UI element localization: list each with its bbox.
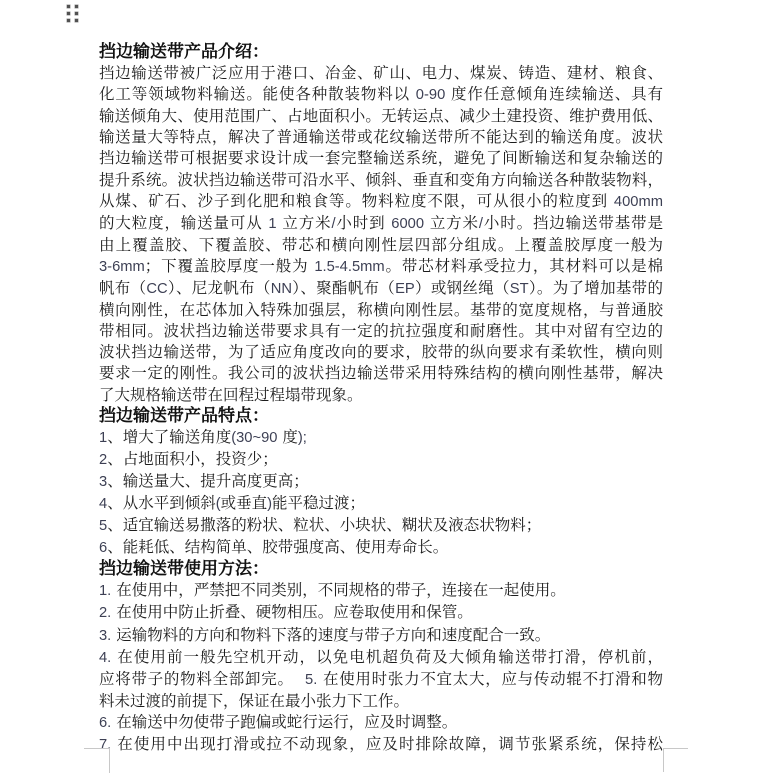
text-line: 提升系统。波状挡边输送带可沿水平、倾斜、垂直和变角方向输送各种散装物料， [99, 170, 663, 191]
cjk-text: 度 [277, 428, 297, 446]
cjk-text: 在使用前一般先空机开动，以免电机超负荷及大倾角输送带打滑，停机前， [111, 648, 663, 666]
latin-text: 0-90 [416, 87, 445, 103]
latin-text: 3-6mm [99, 259, 145, 275]
cjk-text: 小时到 [336, 214, 392, 232]
drag-handle-dot [67, 5, 70, 8]
cjk-text: 。带芯材料承受拉力，其材料可以是棉 [385, 257, 663, 275]
text-line: 波状挡边输送带，为了适应角度改向的要求，胶带的纵向要求有柔软性，横向则 [99, 342, 663, 363]
text-line: 输送量大等特点，解决了普通输送带或花纹输送带所不能达到的输送角度。波状 [99, 127, 663, 148]
document-text: 挡边输送带产品介绍：挡边输送带被广泛应用于港口、冶金、矿山、电力、煤炭、铸造、建… [99, 42, 663, 756]
cjk-text: 在输送中勿使带子跑偏或蛇行运行，应及时调整。 [111, 713, 457, 731]
latin-text: 6. [99, 715, 111, 731]
text-line: 挡边输送带可根据要求设计成一套完整输送系统，避免了间断输送和复杂输送的 [99, 148, 663, 169]
cjk-text: 在使用中出现打滑或拉不动现象，应及时排除故障，调节张紧系统，保持松 [111, 735, 663, 753]
text-line: 了大规格输送带在回程过程塌带现象。 [99, 385, 663, 406]
text-line: 3、输送量大、提升高度更高； [99, 471, 663, 493]
section-heading: 挡边输送带使用方法： [99, 559, 663, 580]
text-line: 挡边输送带被广泛应用于港口、冶金、矿山、电力、煤炭、铸造、建材、粮食、 [99, 63, 663, 84]
text-line: 4、从水平到倾斜(或垂直)能平稳过渡； [99, 493, 663, 515]
latin-text: (30~90 [231, 430, 277, 446]
page-margin-mark-left [84, 748, 110, 773]
latin-text: ST [510, 281, 529, 297]
cjk-text: 提升系统。波状挡边输送带可沿水平、倾斜、垂直和变角方向输送各种散装物料， [99, 171, 663, 189]
text-line: 带相同。波状挡边输送带要求具有一定的抗拉强度和耐磨性。其中对留有空边的 [99, 321, 663, 342]
page-margin-mark-right [663, 748, 688, 772]
cjk-text: ）、尼龙帆布（ [168, 279, 271, 297]
cjk-text: 要求一定的刚性。我公司的波状挡边输送带采用特殊结构的横向刚性基带，解决 [99, 364, 663, 382]
latin-text: 6000 [391, 216, 424, 232]
cjk-text: 波状挡边输送带，为了适应角度改向的要求，胶带的纵向要求有柔软性，横向则 [99, 343, 663, 361]
text-line: 3-6mm；下覆盖胶厚度一般为 1.5-4.5mm。带芯材料承受拉力，其材料可以… [99, 256, 663, 278]
latin-text: 1 [99, 430, 107, 446]
latin-text: 5 [99, 518, 107, 534]
cjk-text: 横向刚性，在芯体加入特殊加强层，称横向刚性层。基带的宽度规格，与普通胶 [99, 301, 663, 319]
text-line: 5、适宜输送易撒落的粉状、粒状、小块状、糊状及液态状物料； [99, 515, 663, 537]
text-line: 从煤、矿石、沙子到化肥和粮食等。物料粒度不限，可从很小的粒度到 400mm [99, 191, 663, 213]
text-line: 横向刚性，在芯体加入特殊加强层，称横向刚性层。基带的宽度规格，与普通胶 [99, 300, 663, 321]
text-line: 1. 在使用中，严禁把不同类别，不同规格的带子，连接在一起使用。 [99, 580, 663, 602]
cjk-text: ）或钢丝绳（ [415, 279, 510, 297]
cjk-text: 、能耗低、结构简单、胶带强度高、使用寿命长。 [107, 538, 448, 556]
cjk-text: 挡边输送带使用方法： [99, 559, 269, 579]
latin-text: 1.5-4.5mm [314, 259, 384, 275]
text-line: 6. 在输送中勿使带子跑偏或蛇行运行，应及时调整。 [99, 712, 663, 734]
cjk-text: 应将带子的物料全部卸完。 [99, 670, 305, 688]
cjk-text: 、占地面积小，投资少； [107, 450, 278, 468]
document-page: 挡边输送带产品介绍：挡边输送带被广泛应用于港口、冶金、矿山、电力、煤炭、铸造、建… [0, 0, 777, 778]
cjk-text: 挡边输送带产品介绍： [99, 42, 269, 62]
cjk-text: 能平稳过渡； [272, 494, 365, 512]
cjk-text: 在使用中，严禁把不同类别，不同规格的带子，连接在一起使用。 [111, 581, 565, 599]
latin-text: 3. [99, 628, 111, 644]
text-line: 要求一定的刚性。我公司的波状挡边输送带采用特殊结构的横向刚性基带，解决 [99, 363, 663, 384]
drag-handle-dot [75, 12, 78, 15]
cjk-text: ）、聚酯帆布（ [292, 279, 395, 297]
latin-text: 3 [99, 474, 107, 490]
latin-text: 400mm [614, 194, 663, 210]
latin-text: 1. [99, 583, 111, 599]
text-line: 化工等领域物料输送。能使各种散装物料以 0-90 度作任意倾角连续输送、具有 [99, 84, 663, 106]
cjk-text: 或垂直 [221, 494, 268, 512]
cjk-text: 输送量大等特点，解决了普通输送带或花纹输送带所不能达到的输送角度。波状 [99, 128, 663, 146]
latin-text: 4 [99, 496, 107, 512]
cjk-text: 带相同。波状挡边输送带要求具有一定的抗拉强度和耐磨性。其中对留有空边的 [99, 322, 663, 340]
cjk-text: 、输送量大、提升高度更高； [107, 472, 309, 490]
cjk-text: 在使用时张力不宜太大，应与传动辊不打滑和物 [317, 670, 663, 688]
cjk-text: 、适宜输送易撒落的粉状、粒状、小块状、糊状及液态状物料； [107, 516, 541, 534]
text-line: 7. 在使用中出现打滑或拉不动现象，应及时排除故障，调节张紧系统，保持松 [99, 734, 663, 756]
cjk-text: 度作任意倾角连续输送、具有 [445, 85, 663, 103]
latin-text: 6 [99, 540, 107, 556]
text-line: 的大粒度，输送量可从 1 立方米/小时到 6000 立方米/小时。挡边输送带基带… [99, 213, 663, 235]
latin-text: EP [395, 281, 415, 297]
latin-text: ); [298, 430, 307, 446]
text-line: 帆布（CC）、尼龙帆布（NN）、聚酯帆布（EP）或钢丝绳（ST）。为了增加基带的 [99, 278, 663, 300]
latin-text: 2 [99, 452, 107, 468]
text-line: 输送倾角大、使用范围广、占地面积小。无转运点、减少土建投资、维护费用低、 [99, 106, 663, 127]
cjk-text: 立方米 [424, 214, 479, 232]
drag-handle-dot [67, 12, 70, 15]
section-heading: 挡边输送带产品特点： [99, 406, 663, 427]
latin-text: 1 [268, 216, 276, 232]
text-line: 应将带子的物料全部卸完。 5. 在使用时张力不宜太大，应与传动辊不打滑和物 [99, 669, 663, 691]
cjk-text: 挡边输送带产品特点： [99, 406, 269, 426]
text-line: 1、增大了输送角度(30~90 度); [99, 427, 663, 449]
cjk-text: 挡边输送带可根据要求设计成一套完整输送系统，避免了间断输送和复杂输送的 [99, 149, 663, 167]
section-heading: 挡边输送带产品介绍： [99, 42, 663, 63]
drag-handle-dot [75, 5, 78, 8]
latin-text: CC [146, 281, 167, 297]
cjk-text: 的大粒度，输送量可从 [99, 214, 268, 232]
text-line: 料未过渡的前提下，保证在最小张力下工作。 [99, 691, 663, 712]
text-line: 4. 在使用前一般先空机开动，以免电机超负荷及大倾角输送带打滑，停机前， [99, 647, 663, 669]
cjk-text: 了大规格输送带在回程过程塌带现象。 [99, 386, 363, 404]
cjk-text: 挡边输送带被广泛应用于港口、冶金、矿山、电力、煤炭、铸造、建材、粮食、 [99, 64, 663, 82]
cjk-text: ）。为了增加基带的 [529, 279, 663, 297]
text-line: 3. 运输物料的方向和物料下落的速度与带子方向和速度配合一致。 [99, 625, 663, 647]
cjk-text: 由上覆盖胶、下覆盖胶、带芯和横向刚性层四部分组成。上覆盖胶厚度一般为 [99, 236, 663, 254]
cjk-text: 帆布（ [99, 279, 146, 297]
cjk-text: 小时。挡边输送带基带是 [483, 214, 663, 232]
cjk-text: 输送倾角大、使用范围广、占地面积小。无转运点、减少土建投资、维护费用低、 [99, 107, 663, 125]
latin-text: 5. [305, 672, 317, 688]
text-line: 由上覆盖胶、下覆盖胶、带芯和横向刚性层四部分组成。上覆盖胶厚度一般为 [99, 235, 663, 256]
cjk-text: 从煤、矿石、沙子到化肥和粮食等。物料粒度不限，可从很小的粒度到 [99, 192, 614, 210]
text-line: 2. 在使用中防止折叠、硬物相压。应卷取使用和保管。 [99, 602, 663, 624]
latin-text: NN [271, 281, 292, 297]
cjk-text: 、增大了输送角度 [107, 428, 231, 446]
drag-handle-dot [75, 19, 78, 22]
cjk-text: 化工等领域物料输送。能使各种散装物料以 [99, 85, 416, 103]
latin-text: 2. [99, 605, 111, 621]
text-line: 6、能耗低、结构简单、胶带强度高、使用寿命长。 [99, 537, 663, 559]
text-line: 2、占地面积小，投资少； [99, 449, 663, 471]
cjk-text: ；下覆盖胶厚度一般为 [145, 257, 315, 275]
cjk-text: 、从水平到倾斜 [107, 494, 216, 512]
cjk-text: 在使用中防止折叠、硬物相压。应卷取使用和保管。 [111, 603, 472, 621]
cjk-text: 料未过渡的前提下，保证在最小张力下工作。 [99, 692, 409, 710]
drag-handle-dot [67, 19, 70, 22]
cjk-text: 运输物料的方向和物料下落的速度与带子方向和速度配合一致。 [111, 626, 550, 644]
drag-handle-icon[interactable] [67, 5, 78, 22]
cjk-text: 立方米 [277, 214, 332, 232]
latin-text: 4. [99, 650, 111, 666]
